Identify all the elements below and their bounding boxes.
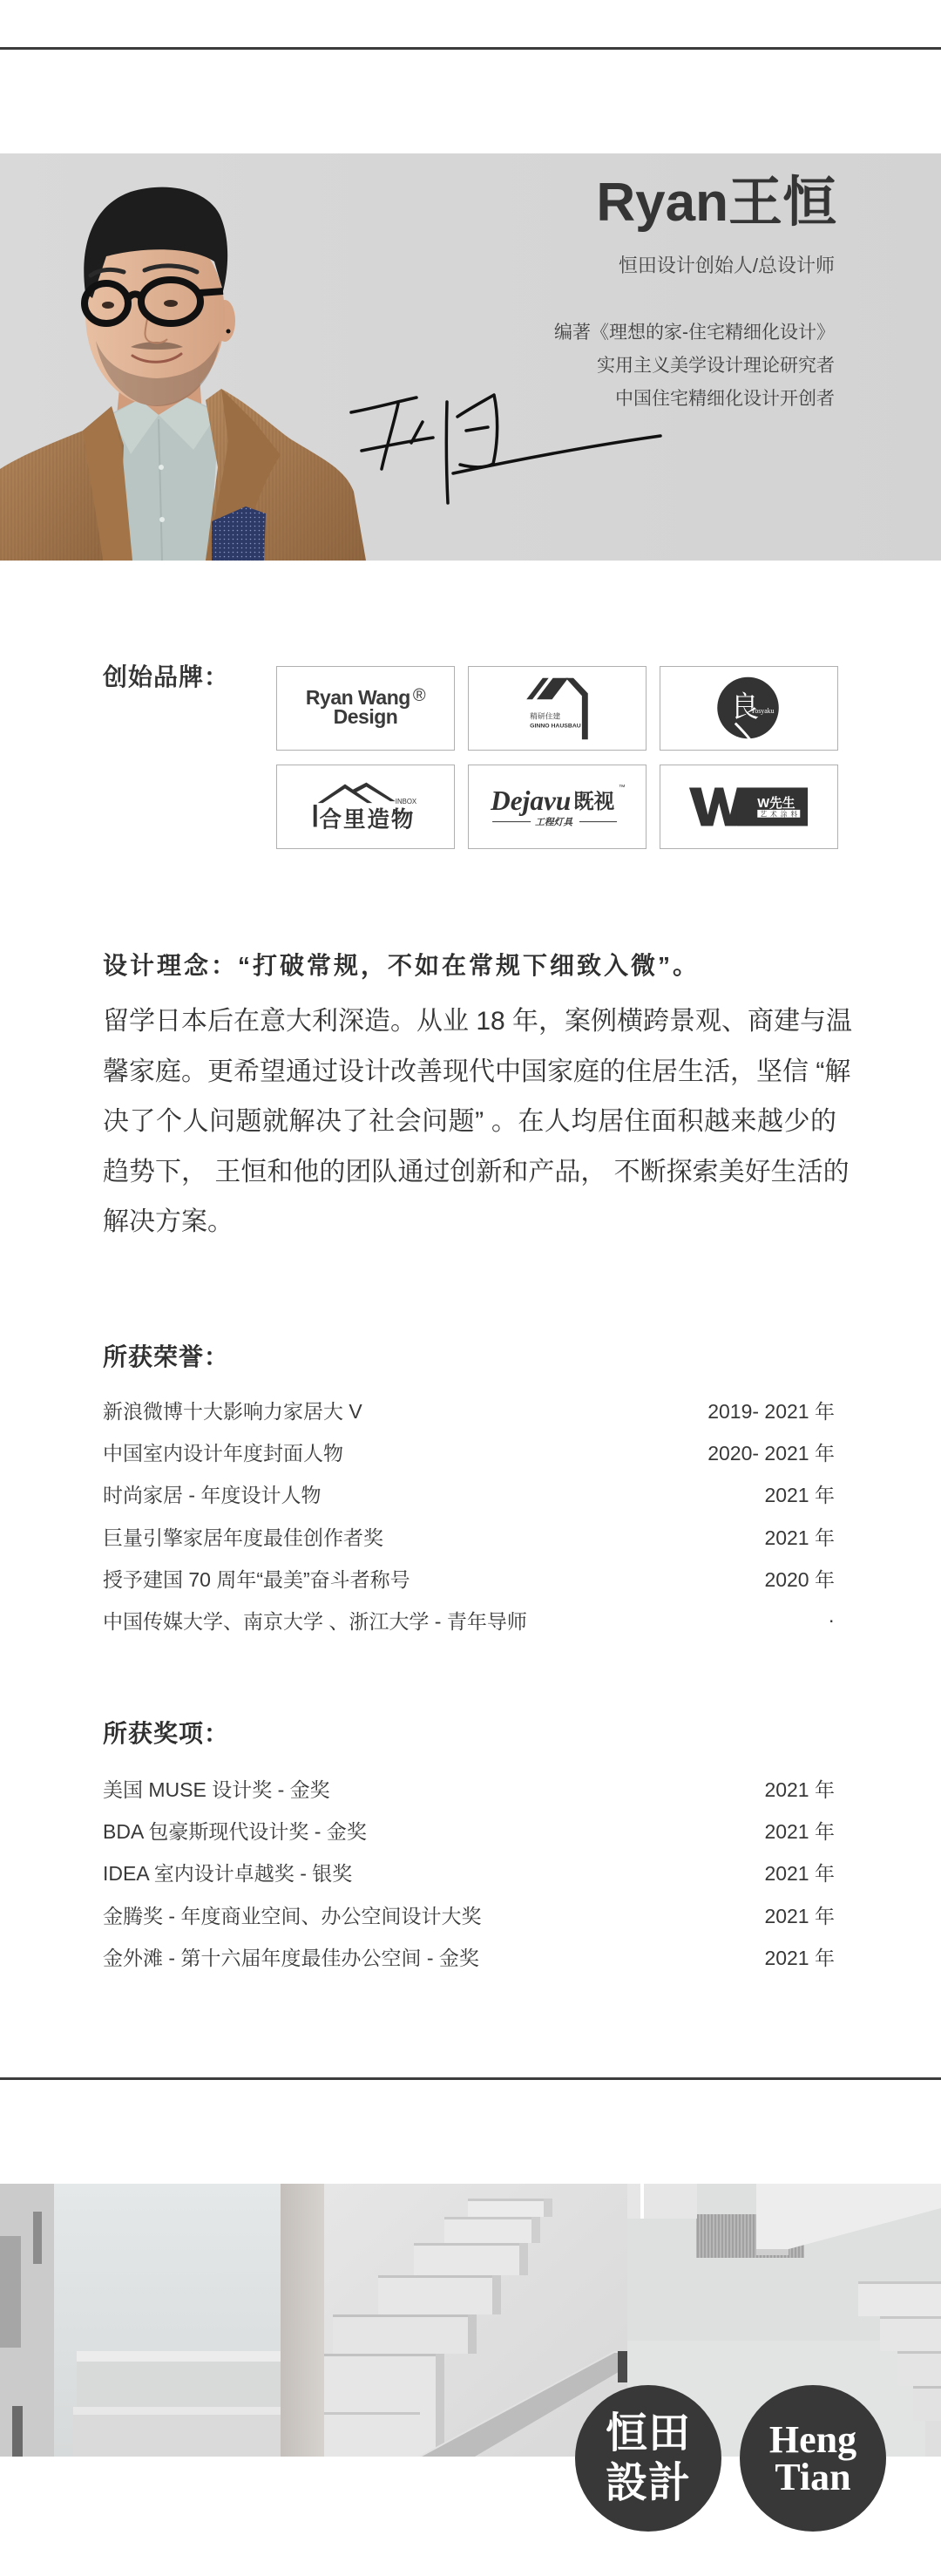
hengtian-cn-logo: 恒田 設計 (575, 2385, 721, 2532)
honor-name: 时尚家居 - 年度设计人物 (103, 1479, 321, 1508)
honor-year: · (828, 1608, 835, 1632)
logo-en-line: Tian (775, 2458, 850, 2496)
dejavu-logo: Dejavu 既视 ™ 工程灯具 (469, 765, 646, 848)
brand-logo-grid: Ryan Wang® Design 精研住建 GINNO HAUSBAU 良 Y… (276, 666, 838, 849)
award-year: 2021 年 (764, 1900, 835, 1929)
brand-ginno-hausbau: 精研住建 GINNO HAUSBAU (468, 666, 647, 751)
ryan-wang-logo: Ryan Wang® Design (277, 686, 454, 726)
top-divider (0, 47, 941, 50)
logo-en-line: Heng (769, 2421, 856, 2458)
bottom-divider (0, 2077, 941, 2080)
award-name: 美国 MUSE 设计奖 - 金奖 (103, 1774, 330, 1803)
inbox-cn-text: 合里造物 (320, 807, 414, 833)
house-roof-icon: 精研住建 GINNO HAUSBAU (469, 667, 646, 750)
designer-title: 恒田设计创始人/总设计师 (619, 255, 835, 277)
paragraph-line: 留学日本后在意大利深造。从业 18 年，案例横跨景观、商建与温 (103, 996, 836, 1047)
honor-row: 中国室内设计年度封面人物 2020- 2021 年 (103, 1431, 835, 1472)
honor-name: 新浪微博十大影响力家居大 V (103, 1396, 362, 1424)
philosophy-paragraph: 留学日本后在意大利深造。从业 18 年，案例横跨景观、商建与温 馨家庭。更希望通… (103, 996, 836, 1247)
mr-w-cn-text: W先生 (757, 796, 795, 811)
brand-heli-zaowu: INBOX 合里造物 (276, 765, 455, 849)
honor-year: 2020- 2021 年 (707, 1438, 835, 1466)
award-year: 2021 年 (764, 1816, 835, 1845)
award-name: 金外滩 - 第十六届年度最佳办公空间 - 金奖 (103, 1942, 479, 1971)
design-text: Design (277, 707, 454, 726)
honor-row: 授予建国 70 周年“最美”奋斗者称号 2020 年 (103, 1557, 835, 1599)
logo-cn-line: 設計 (606, 2458, 691, 2508)
award-row: 美国 MUSE 设计奖 - 金奖 2021 年 (103, 1767, 835, 1809)
ginno-en-text: GINNO HAUSBAU (530, 724, 581, 730)
honor-year: 2020 年 (764, 1564, 835, 1593)
honor-name: 中国室内设计年度封面人物 (103, 1438, 343, 1466)
honor-name: 巨量引擎家居年度最佳创作者奖 (103, 1522, 383, 1551)
honors-list: 新浪微博十大影响力家居大 V 2019- 2021 年 中国室内设计年度封面人物… (103, 1389, 835, 1641)
award-year: 2021 年 (764, 1774, 835, 1803)
award-name: 金腾奖 - 年度商业空间、办公空间设计大奖 (103, 1900, 481, 1929)
hengtian-en-logo: Heng Tian (740, 2385, 886, 2532)
designer-name: Ryan王恒 (596, 173, 836, 234)
honor-row: 新浪微博十大影响力家居大 V 2019- 2021 年 (103, 1389, 835, 1431)
mr-w-logo: W先生 艺术涂料 (660, 765, 837, 848)
brand-dejavu: Dejavu 既视 ™ 工程灯具 (468, 765, 647, 849)
award-year: 2021 年 (764, 1858, 835, 1886)
brand-yosyaku: 良 Yosyaku (660, 666, 838, 751)
brand-mr-w: W先生 艺术涂料 (660, 765, 838, 849)
paragraph-line: 解决方案。 (103, 1197, 836, 1247)
honors-heading: 所获荣誉： (103, 1342, 229, 1372)
credential-item: 中国住宅精细化设计开创者 (554, 383, 835, 416)
honor-name: 授予建国 70 周年“最美”奋斗者称号 (103, 1564, 410, 1593)
paragraph-line: 趋势下， 王恒和他的团队通过创新和产品， 不断探索美好生活的 (103, 1147, 836, 1198)
honor-year: 2021 年 (764, 1522, 835, 1551)
honor-row: 巨量引擎家居年度最佳创作者奖 2021 年 (103, 1515, 835, 1557)
yosyaku-en-text: Yosyaku (750, 707, 774, 715)
paragraph-line: 决了个人问题就解决了社会问题” 。在人均居住面积越来越少的 (103, 1097, 836, 1147)
credential-item: 实用主义美学设计理论研究者 (554, 350, 835, 383)
dejavu-cn-text: 既视 (573, 790, 614, 812)
award-name: BDA 包豪斯现代设计奖 - 金奖 (103, 1816, 367, 1845)
honor-year: 2019- 2021 年 (707, 1396, 835, 1424)
ginno-cn-text: 精研住建 (530, 711, 560, 721)
brands-label: 创始品牌： (103, 663, 229, 692)
yosyaku-circle-icon: 良 Yosyaku (660, 667, 837, 750)
dejavu-sub-text: 工程灯具 (535, 817, 573, 828)
awards-heading: 所获奖项： (103, 1719, 229, 1749)
paragraph-line: 馨家庭。更希望通过设计改善现代中国家庭的住居生活，坚信 “解 (103, 1047, 836, 1098)
inbox-roof-icon: INBOX 合里造物 (277, 765, 454, 848)
portrait-figure (0, 187, 366, 561)
award-row: IDEA 室内设计卓越奖 - 银奖 2021 年 (103, 1852, 835, 1893)
honor-row: 时尚家居 - 年度设计人物 2021 年 (103, 1473, 835, 1515)
brand-ryan-wang-design: Ryan Wang® Design (276, 666, 455, 751)
honor-row: 中国传媒大学、南京大学 、浙江大学 - 青年导师 · (103, 1599, 835, 1641)
trademark-mark: ™ (619, 783, 626, 791)
inbox-en-text: INBOX (396, 798, 417, 805)
hero-banner: Ryan王恒 恒田设计创始人/总设计师 编著《理想的家-住宅精细化设计》 实用主… (0, 153, 941, 561)
award-name: IDEA 室内设计卓越奖 - 银奖 (103, 1858, 352, 1886)
registered-mark: ® (413, 686, 425, 705)
logo-cn-line: 恒田 (606, 2409, 691, 2458)
award-row: 金外滩 - 第十六届年度最佳办公空间 - 金奖 2021 年 (103, 1935, 835, 1977)
philosophy-heading: 设计理念：“打破常规，不如在常规下细致入微”。 (103, 951, 700, 981)
award-year: 2021 年 (764, 1942, 835, 1971)
dejavu-en-text: Dejavu (490, 785, 571, 816)
honor-year: 2021 年 (764, 1479, 835, 1508)
award-row: 金腾奖 - 年度商业空间、办公空间设计大奖 2021 年 (103, 1893, 835, 1935)
credentials-list: 编著《理想的家-住宅精细化设计》 实用主义美学设计理论研究者 中国住宅精细化设计… (554, 316, 835, 416)
honor-name: 中国传媒大学、南京大学 、浙江大学 - 青年导师 (103, 1606, 527, 1635)
awards-list: 美国 MUSE 设计奖 - 金奖 2021 年 BDA 包豪斯现代设计奖 - 金… (103, 1767, 835, 1977)
credential-item: 编著《理想的家-住宅精细化设计》 (554, 316, 835, 350)
award-row: BDA 包豪斯现代设计奖 - 金奖 2021 年 (103, 1809, 835, 1851)
